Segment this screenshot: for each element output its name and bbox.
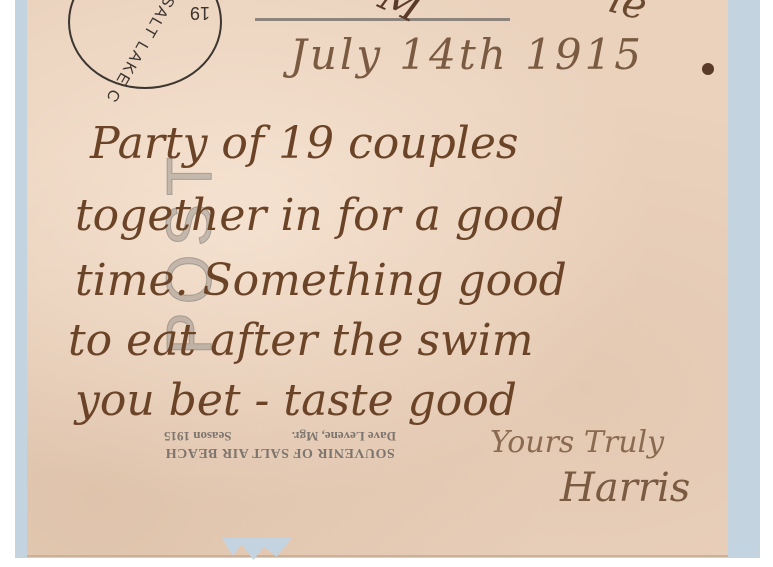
ink-dot: [702, 63, 714, 75]
handwritten-signature: Harris: [560, 465, 690, 511]
caption-season: Season 1915: [164, 428, 232, 444]
postmark-year: 19: [190, 2, 210, 23]
handwritten-line-3: time. Something good: [75, 255, 567, 306]
handwritten-line-4: to eat after the swim: [68, 315, 533, 366]
caption-subline: Dave Levene, Mgr. Season 1915: [150, 428, 410, 444]
caption-title: SOUVENIR OF SALT AIR BEACH: [150, 444, 410, 460]
caption-manager: Dave Levene, Mgr.: [292, 428, 396, 444]
handwritten-line-2: together in for a good: [75, 190, 564, 241]
handwritten-line-5: you bet - taste good: [75, 375, 517, 426]
handwritten-closing: Yours Truly: [490, 425, 664, 460]
printed-caption: SOUVENIR OF SALT AIR BEACH Dave Levene, …: [150, 428, 410, 460]
handwritten-date: July 14th 1915: [290, 30, 644, 79]
handwritten-line-1: Party of 19 couples: [90, 118, 518, 169]
